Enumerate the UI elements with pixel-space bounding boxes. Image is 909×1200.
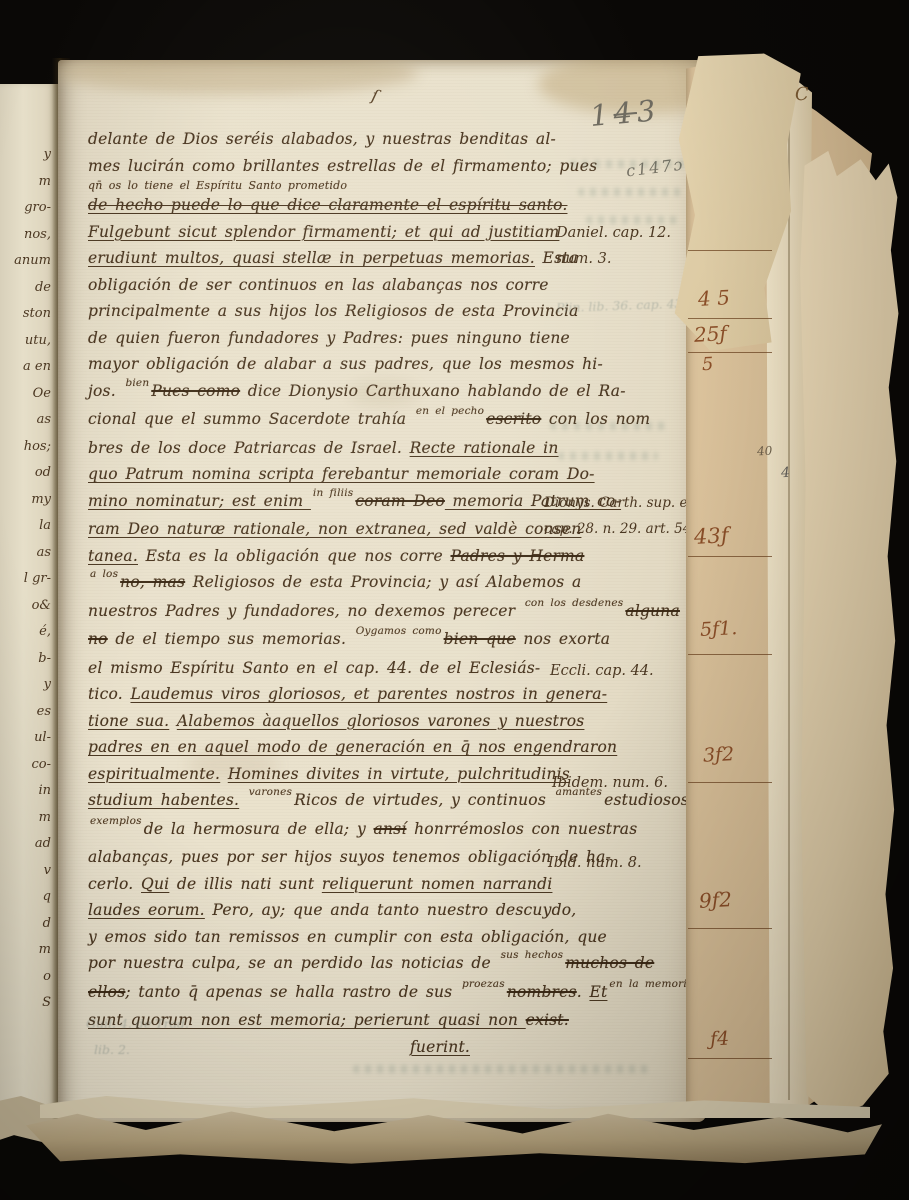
left-edge-fragment: es bbox=[3, 699, 51, 726]
underlined-text: laudes eorum. bbox=[88, 901, 205, 919]
folio-digit: 3 bbox=[635, 93, 661, 129]
underlined-text: padres en en aquel modo de generación en… bbox=[88, 738, 617, 756]
left-edge-fragment: d bbox=[3, 911, 51, 938]
left-edge-fragment: gro- bbox=[3, 195, 51, 222]
left-edge-fragment: ul- bbox=[3, 725, 51, 752]
manuscript-line: jos. bienPues como dice Dionysio Carthux… bbox=[88, 378, 610, 407]
manuscript-line: mayor obligación de alabar a sus padres,… bbox=[88, 351, 610, 378]
left-edge-fragment: utu, bbox=[3, 328, 51, 355]
struck-text: alguna bbox=[625, 602, 680, 620]
manuscript-text: alabanças, pues por ser hijos suyos tene… bbox=[88, 848, 611, 866]
manuscript-text: Ricos de virtudes, y continuos bbox=[294, 791, 554, 809]
left-edge-fragment: as bbox=[3, 407, 51, 434]
underlined-text: espiritualmente. bbox=[88, 765, 220, 783]
interlinear-insertion: Oygamos como bbox=[356, 618, 442, 645]
struck-text: muchos de bbox=[565, 954, 654, 972]
struck-text: Padres y Herma bbox=[451, 547, 585, 565]
bleedthrough-bar bbox=[586, 216, 682, 224]
struck-text: ellos bbox=[88, 983, 125, 1001]
manuscript-line: de quien fueron fundadores y Padres: pue… bbox=[88, 325, 610, 352]
bleedthrough-bar bbox=[570, 160, 688, 168]
manuscript-line: delante de Dios seréis alabados, y nuest… bbox=[88, 126, 610, 153]
manuscript-line: exemplosde la hermosura de ella; y ansí … bbox=[88, 816, 610, 845]
page-edge-crease bbox=[788, 80, 790, 1100]
manuscript-text: de illis nati sunt bbox=[169, 875, 322, 893]
manuscript-line: de hecho puede lo que dice claramente el… bbox=[88, 192, 610, 219]
left-edge-fragment: y bbox=[3, 672, 51, 699]
edge-rule-line bbox=[688, 1058, 772, 1059]
left-edge-fragment: l gr- bbox=[3, 566, 51, 593]
underlined-text: reliquerunt nomen narrandi bbox=[322, 875, 553, 893]
interlinear-insertion: bien bbox=[125, 370, 149, 397]
underlined-text: Et bbox=[589, 983, 607, 1001]
underlined-text: Qui bbox=[141, 875, 169, 893]
left-edge-fragment: de bbox=[3, 275, 51, 302]
manuscript-line: mino nominatur; est enim in filiiscoram … bbox=[88, 488, 610, 517]
left-edge-fragment: Oe bbox=[3, 381, 51, 408]
interlinear-insertion: in filiis bbox=[313, 480, 353, 507]
body-text: delante de Dios seréis alabados, y nuest… bbox=[88, 126, 610, 1060]
manuscript-text: dice Dionysio Carthuxano hablando de el … bbox=[240, 382, 626, 400]
underlined-text: Recte rationale in bbox=[410, 439, 559, 457]
folio-digit-struck: 4 bbox=[612, 95, 638, 131]
manuscript-line: tanea. Esta es la obligación que nos cor… bbox=[88, 543, 610, 570]
manuscript-line: no de el tiempo sus memorias. Oygamos co… bbox=[88, 626, 610, 655]
manuscript-text: nos exorta bbox=[516, 630, 610, 648]
left-edge-fragment: in bbox=[3, 778, 51, 805]
underlined-text: tione sua. bbox=[88, 712, 169, 730]
interlinear-insertion: proezas bbox=[462, 971, 505, 998]
manuscript-line: qn̄ os lo tiene el Espíritu Santo promet… bbox=[88, 179, 610, 192]
left-edge-fragment: a en bbox=[3, 354, 51, 381]
left-edge-fragment: o& bbox=[3, 593, 51, 620]
left-edge-fragment: y bbox=[3, 142, 51, 169]
left-edge-fragment: nos, bbox=[3, 222, 51, 249]
manuscript-line: principalmente a sus hijos los Religioso… bbox=[88, 298, 610, 325]
left-page-edge: ymgro-nos,anumdestonutu,a enOeashos;odmy… bbox=[0, 84, 58, 1120]
manuscript-text: Religiosos de esta Provincia; y así Alab… bbox=[185, 573, 581, 591]
edge-letter: C bbox=[794, 84, 809, 106]
struck-text: de hecho puede lo que dice claramente el… bbox=[88, 196, 567, 214]
manuscript-text: . bbox=[577, 983, 590, 1001]
photo-scene: ymgro-nos,anumdestonutu,a enOeashos;odmy… bbox=[0, 0, 909, 1200]
manuscript-line: tione sua. Alabemos àaquellos gloriosos … bbox=[88, 708, 610, 735]
underlined-text: Alabemos àaquellos gloriosos varones y n… bbox=[177, 712, 585, 730]
manuscript-line: Fulgebunt sicut splendor firmamenti; et … bbox=[88, 219, 610, 246]
bleedthrough-bar bbox=[578, 188, 684, 196]
edge-number: 25ƒ bbox=[693, 321, 727, 347]
manuscript-line: alabanças, pues por ser hijos suyos tene… bbox=[88, 844, 610, 871]
edge-rule-line bbox=[688, 654, 772, 655]
struck-text: Pues como bbox=[151, 382, 240, 400]
margin-note-ecclesiasticus: Eccli. cap. 44. bbox=[550, 658, 654, 684]
manuscript-line: por nuestra culpa, se an perdido las not… bbox=[88, 950, 610, 979]
manuscript-text: qn̄ os lo tiene el Espíritu Santo promet… bbox=[88, 179, 347, 192]
left-edge-fragment: S bbox=[3, 990, 51, 1017]
edge-number: 9ƒ2 bbox=[698, 887, 732, 913]
manuscript-text bbox=[220, 765, 228, 783]
edge-number: 3ƒ2 bbox=[702, 743, 734, 767]
struck-text: no, mas bbox=[120, 573, 185, 591]
manuscript-line: ellos; tanto q̄ apenas se halla rastro d… bbox=[88, 979, 610, 1008]
edge-number: 43ƒ bbox=[693, 523, 729, 549]
struck-text: exist. bbox=[526, 1011, 569, 1029]
manuscript-line: cional que el summo Sacerdote trahía en … bbox=[88, 406, 610, 435]
struck-text: coram Deo bbox=[355, 492, 445, 510]
manuscript-line: bres de los doce Patriarcas de Israel. R… bbox=[88, 435, 610, 462]
left-edge-fragment: é, bbox=[3, 619, 51, 646]
edge-rule-line bbox=[688, 928, 772, 929]
left-edge-fragment: m bbox=[3, 805, 51, 832]
manuscript-line: obligación de ser continuos en las alaba… bbox=[88, 272, 610, 299]
manuscript-text: Pero, ay; que anda tanto nuestro descuyd… bbox=[205, 901, 577, 919]
left-page-fragments: ymgro-nos,anumdestonutu,a enOeashos;odmy… bbox=[3, 142, 51, 1017]
margin-note-dionysius: Dionys. Carth. sup. exod. cap. 28. n. 29… bbox=[544, 490, 706, 542]
margin-note-ibid: Ibid. num. 8. bbox=[548, 850, 642, 876]
edge-rule-line bbox=[688, 352, 772, 353]
manuscript-text: mes lucirán como brillantes estrellas de… bbox=[88, 157, 597, 175]
underlined-text: studium habentes. bbox=[88, 791, 239, 809]
bleedthrough-bar bbox=[558, 452, 658, 460]
left-edge-fragment: my bbox=[3, 487, 51, 514]
manuscript-text: por nuestra culpa, se an perdido las not… bbox=[88, 954, 499, 972]
manuscript-line: nuestros Padres y fundadores, no dexemos… bbox=[88, 598, 610, 627]
manuscript-text: bres de los doce Patriarcas de Israel. bbox=[88, 439, 410, 457]
left-edge-fragment: m bbox=[3, 937, 51, 964]
edge-number: 40 bbox=[757, 444, 773, 459]
manuscript-text: delante de Dios seréis alabados, y nuest… bbox=[88, 130, 556, 148]
struck-text: nombres bbox=[507, 983, 577, 1001]
edge-number: 4 5 bbox=[697, 285, 730, 311]
struck-text: no bbox=[88, 630, 108, 648]
edge-rule-line bbox=[688, 782, 772, 783]
edge-number: 4 bbox=[781, 465, 791, 481]
interlinear-insertion: con los desdenes bbox=[525, 590, 624, 617]
left-edge-fragment: as bbox=[3, 540, 51, 567]
interlinear-insertion: sus hechos bbox=[501, 942, 564, 969]
left-edge-fragment: q bbox=[3, 884, 51, 911]
struck-text: escrito bbox=[486, 410, 541, 428]
underlined-text: ram Deo naturæ rationale, non extranea, … bbox=[88, 520, 581, 538]
edge-number: 5ƒ1. bbox=[699, 617, 737, 641]
margin-note-line: num. 3. bbox=[556, 246, 671, 272]
left-edge-fragment: m bbox=[3, 169, 51, 196]
bleedthrough-note: Guil. 4. de Trad. bbox=[86, 1016, 189, 1031]
manuscript-line: espiritualmente. Homines divites in virt… bbox=[88, 761, 610, 788]
edge-number: ƒ4 bbox=[709, 1028, 729, 1051]
page-edge-outer-leaf bbox=[798, 60, 906, 1116]
manuscript-text: principalmente a sus hijos los Religioso… bbox=[88, 302, 579, 320]
manuscript-line: laudes eorum. Pero, ay; que anda tanto n… bbox=[88, 897, 610, 924]
left-edge-fragment: o bbox=[3, 964, 51, 991]
left-edge-fragment: la bbox=[3, 513, 51, 540]
struck-text: bien que bbox=[444, 630, 516, 648]
manuscript-line: ram Deo naturæ rationale, non extranea, … bbox=[88, 516, 610, 543]
edge-rule-line bbox=[688, 556, 772, 557]
manuscript-line: el mismo Espíritu Santo en el cap. 44. d… bbox=[88, 655, 610, 682]
margin-note-line: Dionys. Carth. sup. exod. bbox=[544, 490, 706, 516]
bleedthrough-note: lib. 2. bbox=[94, 1042, 130, 1057]
left-edge-fragment: v bbox=[3, 858, 51, 885]
left-edge-fragment: co- bbox=[3, 752, 51, 779]
manuscript-page: ſ 143 c147ɔ delante de Dios seréis alaba… bbox=[58, 60, 706, 1122]
manuscript-text: de el tiempo sus memorias. bbox=[108, 630, 354, 648]
left-edge-fragment: ston bbox=[3, 301, 51, 328]
manuscript-text: Esta es la obligación que nos corre bbox=[138, 547, 451, 565]
manuscript-text: obligación de ser continuos en las alaba… bbox=[88, 276, 549, 294]
manuscript-text bbox=[239, 791, 247, 809]
manuscript-text: mayor obligación de alabar a sus padres,… bbox=[88, 355, 603, 373]
struck-text: ansí bbox=[374, 820, 407, 838]
interlinear-insertion: a los bbox=[90, 561, 118, 588]
bleedthrough-bar bbox=[550, 422, 670, 430]
manuscript-line: fuerint. bbox=[88, 1034, 610, 1061]
underlined-text: Laudemus viros gloriosos, et parentes no… bbox=[130, 685, 607, 703]
edge-rule-line bbox=[688, 318, 772, 319]
left-edge-fragment: hos; bbox=[3, 434, 51, 461]
left-edge-fragment: od bbox=[3, 460, 51, 487]
manuscript-text: el mismo Espíritu Santo en el cap. 44. d… bbox=[88, 659, 540, 677]
bleedthrough-bar bbox=[353, 1065, 653, 1073]
manuscript-line: cerlo. Qui de illis nati sunt reliquerun… bbox=[88, 871, 610, 898]
interlinear-insertion: exemplos bbox=[90, 808, 142, 835]
interlinear-insertion: en el pecho bbox=[416, 398, 484, 425]
margin-note-daniel: Daniel. cap. 12. num. 3. bbox=[556, 220, 671, 272]
underlined-text: fuerint. bbox=[410, 1038, 470, 1056]
margin-note-ibidem: Ibidem. num. 6. bbox=[552, 770, 668, 796]
edge-rule-line bbox=[688, 250, 772, 251]
manuscript-text bbox=[169, 712, 177, 730]
manuscript-text: de la hermosura de ella; y bbox=[144, 820, 374, 838]
manuscript-text: cional que el summo Sacerdote trahía bbox=[88, 410, 414, 428]
underlined-text: Fulgebunt sicut splendor firmamenti; et … bbox=[88, 223, 559, 241]
manuscript-line: studium habentes. varonesRicos de virtud… bbox=[88, 787, 610, 816]
manuscript-text: de quien fueron fundadores y Padres: pue… bbox=[88, 329, 570, 347]
edge-number: 5 bbox=[701, 354, 714, 376]
manuscript-line: mes lucirán como brillantes estrellas de… bbox=[88, 153, 610, 180]
left-edge-fragment: b- bbox=[3, 646, 51, 673]
manuscript-text: ; tanto q̄ apenas se halla rastro de sus bbox=[125, 983, 460, 1001]
manuscript-text: tico. bbox=[88, 685, 130, 703]
interlinear-insertion: varones bbox=[249, 779, 292, 806]
underlined-text: erudiunt multos, quasi stellæ in perpetu… bbox=[88, 249, 535, 267]
margin-note-line: cap. 28. n. 29. art. 54. bbox=[544, 516, 706, 542]
manuscript-line: tico. Laudemus viros gloriosos, et paren… bbox=[88, 681, 610, 708]
manuscript-text: cerlo. bbox=[88, 875, 141, 893]
manuscript-line: erudiunt multos, quasi stellæ in perpetu… bbox=[88, 245, 610, 272]
manuscript-text: nuestros Padres y fundadores, no dexemos… bbox=[88, 602, 523, 620]
underlined-text: mino nominatur; est enim bbox=[88, 492, 311, 510]
manuscript-line: padres en en aquel modo de generación en… bbox=[88, 734, 610, 761]
left-edge-fragment: anum bbox=[3, 248, 51, 275]
manuscript-text: jos. bbox=[88, 382, 123, 400]
manuscript-text: honrrémoslos con nuestras bbox=[406, 820, 637, 838]
left-edge-fragment: ad bbox=[3, 831, 51, 858]
